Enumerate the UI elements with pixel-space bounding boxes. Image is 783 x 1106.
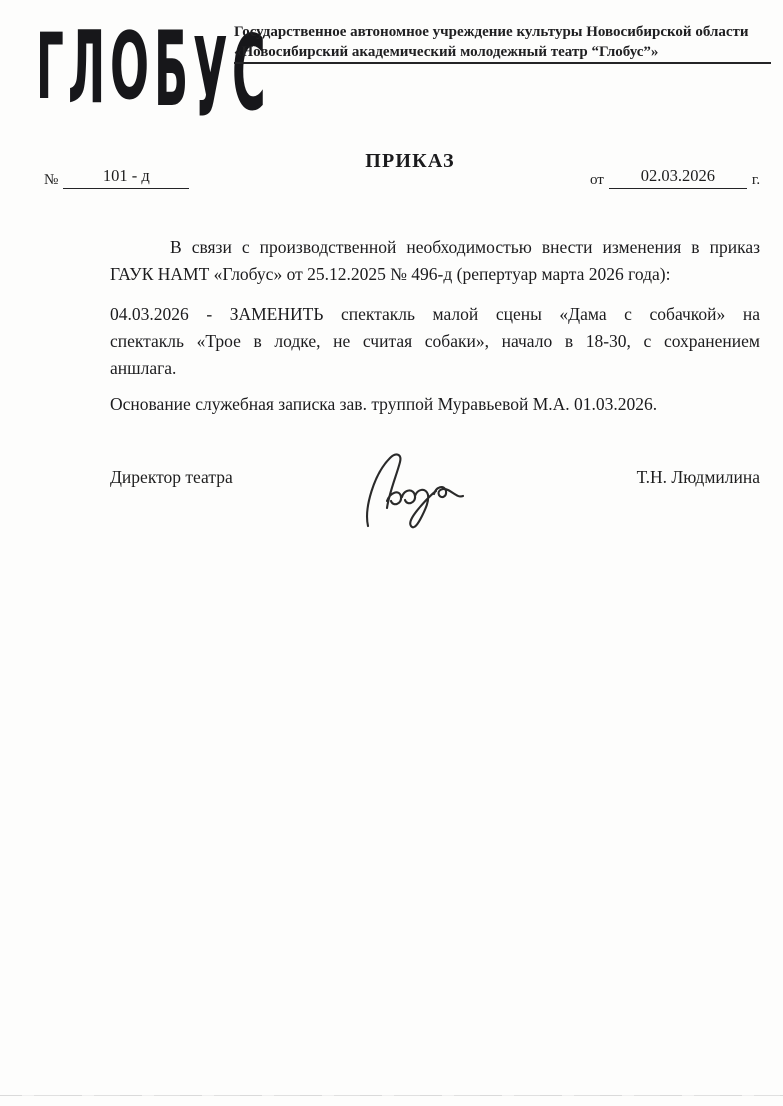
order-number-field: № 101 - д: [44, 166, 189, 189]
director-role-label: Директор театра: [110, 467, 233, 488]
scan-edge-artifact: [0, 1095, 783, 1096]
body-paragraph-line: 04.03.2026 - ЗАМЕНИТЬ спектакль малой сц…: [110, 301, 760, 328]
order-date-label: от: [590, 172, 604, 189]
organization-name-line2: «Новосибирский академический молодежный …: [234, 42, 749, 62]
director-name: Т.Н. Людмилина: [637, 467, 760, 488]
order-date-suffix: г.: [752, 172, 760, 189]
body-paragraph-line: аншлага.: [110, 355, 760, 382]
organization-name: Государственное автономное учреждение ку…: [234, 22, 749, 62]
order-title: ПРИКАЗ: [310, 150, 510, 173]
organization-name-line1: Государственное автономное учреждение ку…: [234, 22, 749, 42]
order-number-value: 101 - д: [63, 166, 189, 189]
order-date-value: 02.03.2026: [609, 166, 747, 189]
basis-line: Основание служебная записка зав. труппой…: [110, 394, 657, 415]
body-paragraph-line: спектакль «Трое в лодке, не считая собак…: [110, 328, 760, 355]
logo-letter: Б: [154, 20, 188, 124]
logo-letter: О: [110, 22, 149, 115]
body-paragraph-1: В связи с производственной необходимость…: [110, 234, 760, 288]
logo-letter: У: [193, 26, 228, 135]
globus-theater-logo: Г Л О Б У С: [36, 20, 236, 132]
document-page: Г Л О Б У С Государственное автономное у…: [0, 0, 783, 1106]
director-signature-icon: [356, 446, 471, 534]
body-paragraph-line: ГАУК НАМТ «Глобус» от 25.12.2025 № 496-д…: [110, 261, 760, 288]
logo-letter: Г: [36, 23, 64, 114]
body-paragraph-2: 04.03.2026 - ЗАМЕНИТЬ спектакль малой сц…: [110, 301, 760, 382]
logo-letter: Л: [68, 20, 105, 120]
header-divider: [234, 62, 771, 64]
order-number-label: №: [44, 172, 58, 189]
body-paragraph-line: В связи с производственной необходимость…: [110, 234, 760, 261]
order-date-field: от 02.03.2026 г.: [590, 166, 760, 189]
